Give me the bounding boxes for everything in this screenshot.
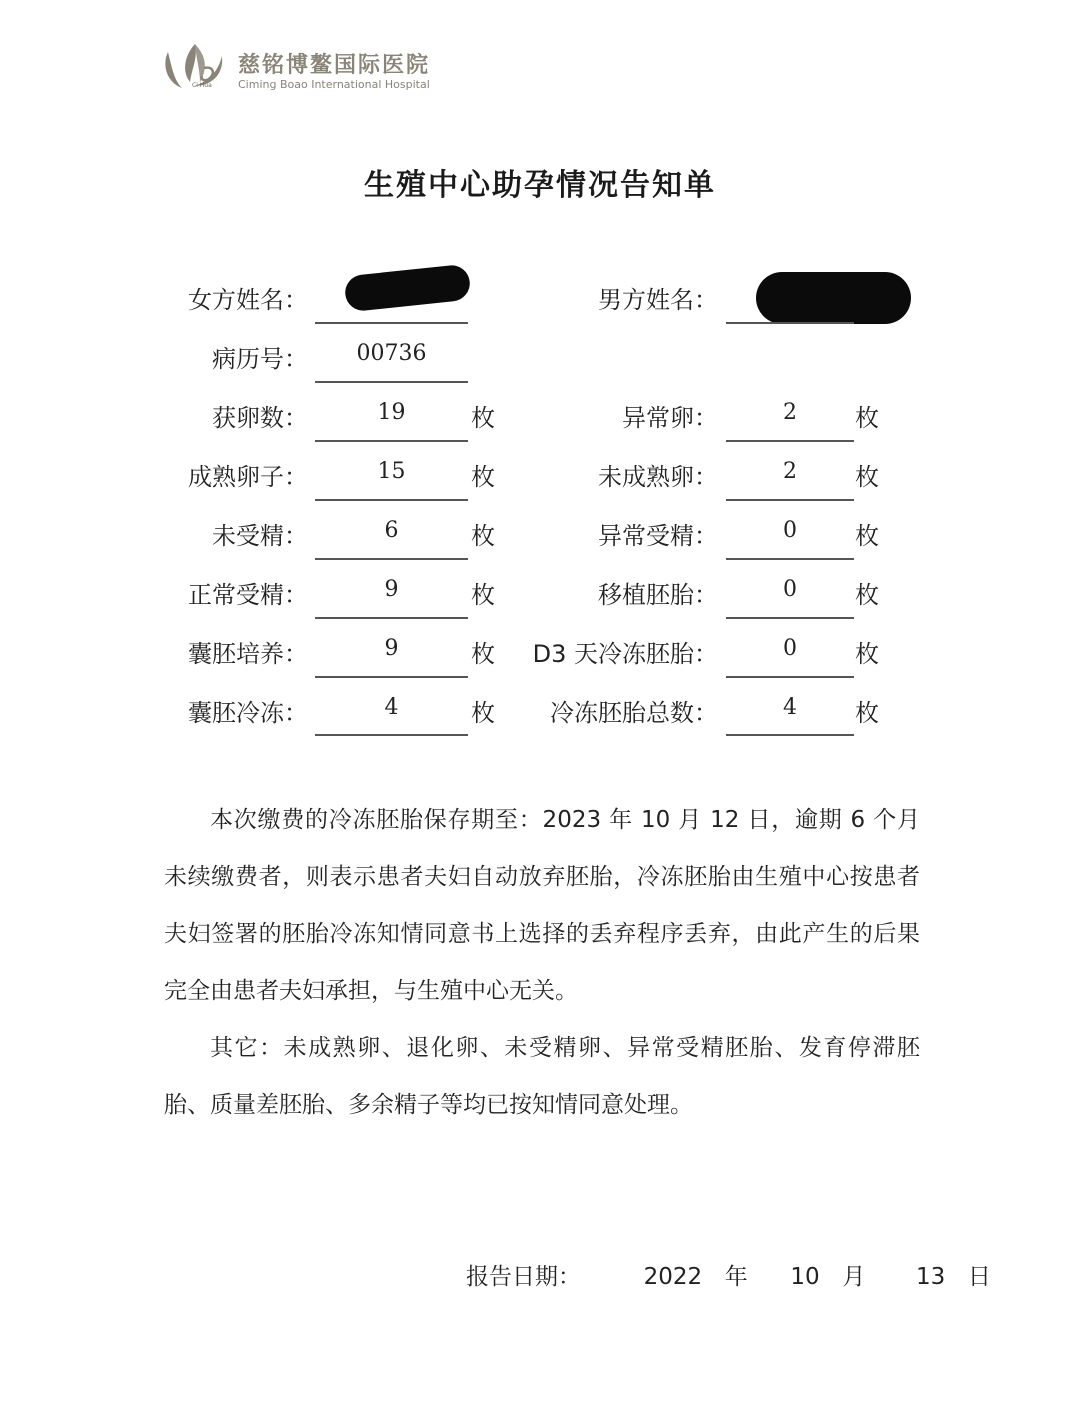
notice-paragraph-other: 其它：未成熟卵、退化卵、未受精卵、异常受精胚胎、发育停滞胚胎、质量差胚胎、多余精… (164, 1020, 920, 1134)
stat-label: 移植胚胎： (598, 575, 718, 610)
stat-underline (726, 499, 854, 501)
record-no-label: 病历号： (212, 339, 308, 374)
report-year-unit: 年 (725, 1258, 748, 1291)
stat-value: 2 (726, 459, 854, 484)
stat-underline (726, 676, 854, 678)
report-year: 2022 (644, 1264, 703, 1290)
male-name-underline (726, 322, 854, 324)
stat-label: 异常卵： (622, 398, 718, 433)
hospital-logo: Ci Hua 慈铭博鳌国际医院 Ciming Boao Internationa… (160, 38, 450, 94)
report-date-label: 报告日期： (466, 1258, 581, 1291)
stat-label: 冷冻胚胎总数： (550, 693, 718, 728)
stat-value: 2 (726, 400, 854, 425)
stat-label: 囊胚冷冻： (188, 693, 308, 728)
stat-value: 19 (315, 400, 468, 425)
stat-value: 0 (726, 636, 854, 661)
hospital-name-en: Ciming Boao International Hospital (238, 78, 430, 91)
stat-unit: 枚 (471, 693, 495, 728)
stat-label: 成熟卵子： (188, 457, 308, 492)
stat-underline (726, 617, 854, 619)
report-day-unit: 日 (968, 1258, 991, 1291)
stat-unit: 枚 (855, 398, 879, 433)
stat-label: 未成熟卵： (598, 457, 718, 492)
stat-value: 6 (315, 518, 468, 543)
stat-label: D3 天冷冻胚胎： (533, 634, 718, 669)
stat-underline (726, 734, 854, 736)
stat-value: 15 (315, 459, 468, 484)
stat-value: 9 (315, 577, 468, 602)
stat-underline (315, 734, 468, 736)
stat-unit: 枚 (855, 516, 879, 551)
female-name-underline (315, 322, 468, 324)
record-no-value: 00736 (315, 341, 468, 366)
stat-unit: 枚 (855, 575, 879, 610)
logo-tag: Ci Hua (192, 82, 212, 89)
female-name-redaction (343, 264, 471, 313)
stat-label: 异常受精： (598, 516, 718, 551)
notice-section: 本次缴费的冷冻胚胎保存期至：2023 年 10 月 12 日，逾期 6 个月未续… (164, 792, 920, 1134)
male-name-label: 男方姓名： (598, 280, 718, 315)
report-date: 报告日期： 2022 年 10 月 13 日 (466, 1258, 991, 1291)
stat-underline (315, 676, 468, 678)
report-day: 13 (916, 1264, 945, 1290)
stat-unit: 枚 (471, 516, 495, 551)
stat-label: 囊胚培养： (188, 634, 308, 669)
stat-underline (315, 558, 468, 560)
stat-value: 4 (726, 695, 854, 720)
report-month: 10 (790, 1264, 819, 1290)
stat-label: 未受精： (212, 516, 308, 551)
stat-underline (315, 499, 468, 501)
stat-unit: 枚 (471, 457, 495, 492)
hospital-name-cn: 慈铭博鳌国际医院 (238, 48, 430, 79)
stat-value: 0 (726, 518, 854, 543)
notice-paragraph-storage: 本次缴费的冷冻胚胎保存期至：2023 年 10 月 12 日，逾期 6 个月未续… (164, 792, 920, 1020)
stat-value: 0 (726, 577, 854, 602)
stat-underline (315, 440, 468, 442)
stat-unit: 枚 (471, 398, 495, 433)
stat-unit: 枚 (855, 693, 879, 728)
stat-label: 获卵数： (212, 398, 308, 433)
stat-underline (726, 558, 854, 560)
stat-unit: 枚 (471, 634, 495, 669)
record-no-underline (315, 381, 468, 383)
stat-value: 4 (315, 695, 468, 720)
stat-unit: 枚 (855, 457, 879, 492)
stat-value: 9 (315, 636, 468, 661)
stat-label: 正常受精： (188, 575, 308, 610)
document-title: 生殖中心助孕情况告知单 (0, 160, 1080, 204)
stat-unit: 枚 (471, 575, 495, 610)
stat-underline (726, 440, 854, 442)
stat-underline (315, 617, 468, 619)
male-name-redaction (756, 272, 911, 324)
report-month-unit: 月 (842, 1258, 865, 1291)
female-name-label: 女方姓名： (188, 280, 308, 315)
stat-unit: 枚 (855, 634, 879, 669)
